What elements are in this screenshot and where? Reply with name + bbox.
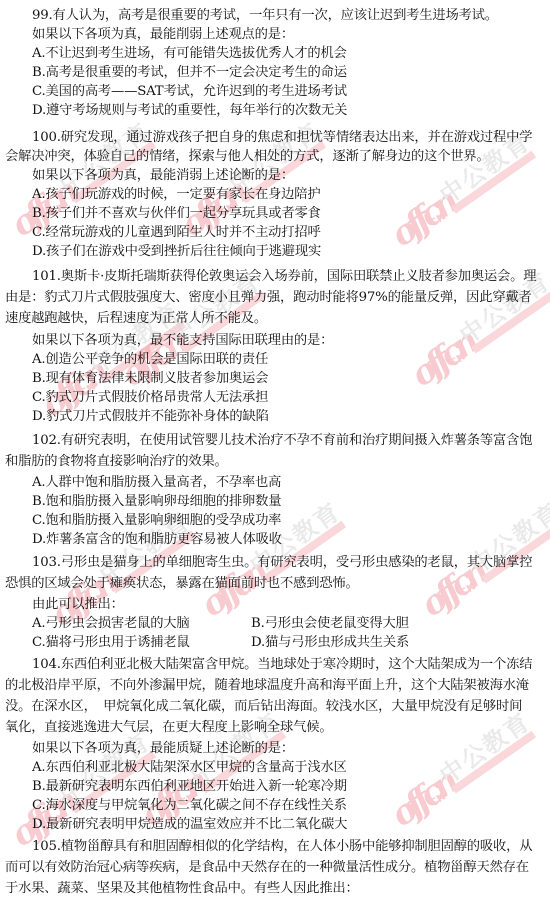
question-prompt: 如果以下各项为真，最能质疑上述论断的是： bbox=[32, 739, 547, 758]
question-stem: 105.植物甾醇具有和胆固醇相似的化学结构，在人体小肠中能够抑制胆固醇的吸收，从 bbox=[32, 837, 547, 856]
option-c: C.美国的高考——SAT考试，允许迟到的考生进场考试 bbox=[32, 82, 547, 101]
option-d: D.最新研究表明甲烷造成的温室效应并不比二氧化碳大 bbox=[32, 815, 547, 834]
options-row: C.猫将弓形虫用于诱捕老鼠 D.猫与弓形虫形成共生关系 bbox=[0, 633, 550, 652]
question-stem: 102.有研究表明，在使用试管婴儿技术治疗不孕不育前和治疗期间摄入炸薯条等富含饱 bbox=[32, 431, 547, 450]
question-stem: 速度越跑越快，后程速度为正常人所不能及。 bbox=[5, 309, 547, 328]
option-b: B.高考是很重要的考试，但并不一定会决定考生的命运 bbox=[32, 63, 547, 82]
option-a: A.人群中饱和脂肪摄入量高者，不孕率也高 bbox=[32, 473, 547, 492]
options-row: A.弓形虫会损害老鼠的大脑 B.弓形虫会使老鼠变得大胆 bbox=[0, 614, 550, 633]
option-d: D.猫与弓形虫形成共生关系 bbox=[251, 633, 409, 652]
option-d: D.豹式刀片式假肢并不能弥补身体的缺陷 bbox=[32, 407, 547, 426]
option-c: C.经常玩游戏的儿童遇到陌生人时并不主动打招呼 bbox=[32, 223, 547, 242]
question-stem: 101.奥斯卡·皮斯托瑞斯获得伦敦奥运会入场券前，国际田联禁止义肢者参加奥运会。… bbox=[32, 267, 547, 286]
option-c: C.饱和脂肪摄入量影响卵细胞的受孕成功率 bbox=[32, 511, 547, 530]
option-d: D.炸薯条富含的饱和脂肪更容易被人体吸收 bbox=[32, 530, 547, 549]
question-prompt: 如果以下各项为真，最能消弱上述论断的是： bbox=[32, 166, 547, 185]
option-b: B.现有体育法律未限制义肢者参加奥运会 bbox=[32, 369, 547, 388]
option-b: B.孩子们并不喜欢与伙伴们一起分享玩具或者零食 bbox=[32, 204, 547, 223]
question-stem: 会解决冲突，体验自己的情绪，探索与他人相处的方式，逐渐了解身边的这个世界。 bbox=[5, 147, 547, 166]
option-b: B.饱和脂肪摄入量影响卵母细胞的排卵数量 bbox=[32, 492, 547, 511]
question-stem: 恐惧的区域会处于瘫痪状态，暴露在猫面前时也不感到恐怖。 bbox=[5, 574, 547, 593]
question-stem: 氧化，直接逃逸进大气层，在更大程度上影响全球气候。 bbox=[5, 718, 547, 737]
question-stem: 于水果、蔬菜、坚果及其他植物性食品中。有些人因此推出： bbox=[5, 879, 547, 898]
question-stem: 99.有人认为，高考是很重要的考试，一年只有一次，应该让迟到考生进场考试。 bbox=[32, 6, 547, 25]
option-a: A.创造公平竞争的机会是国际田联的责任 bbox=[32, 350, 547, 369]
option-b: B.最新研究表明东西伯利亚地区开始进入新一轮寒冷期 bbox=[32, 777, 547, 796]
question-stem: 和脂肪的食物将直接影响治疗的效果。 bbox=[5, 452, 547, 471]
question-prompt: 由此可以推出： bbox=[32, 595, 547, 614]
question-stem: 的北极沿岸平原，不向外渗漏甲烷，随着地球温度升高和海平面上升，这个大陆架被海水淹 bbox=[5, 676, 547, 695]
question-stem: 由是：豹式刀片式假肢强度大、密度小且弹力强，跑动时能将97%的能量反弹，因此穿戴… bbox=[5, 288, 547, 307]
option-c: C.海水深度与甲烷氧化为二氧化碳之间不存在线性关系 bbox=[32, 796, 547, 815]
question-stem: 没。在深水区， 甲烷氧化成二氧化碳，而后钻出海面。较浅水区，大量甲烷没有足够时间 bbox=[5, 697, 547, 716]
option-a: A.东西伯利亚北极大陆架深水区甲烷的含量高于浅水区 bbox=[32, 758, 547, 777]
option-d: D.遵守考场规则与考试的重要性，每年举行的次数无关 bbox=[32, 101, 547, 120]
option-b: B.弓形虫会使老鼠变得大胆 bbox=[251, 614, 409, 633]
option-c: C.豹式刀片式假肢价格昂贵常人无法承担 bbox=[32, 388, 547, 407]
option-c: C.猫将弓形虫用于诱捕老鼠 bbox=[32, 633, 190, 652]
option-a: A.弓形虫会损害老鼠的大脑 bbox=[32, 614, 190, 633]
question-prompt: 如果以下各项为真，最能削弱上述观点的是： bbox=[32, 25, 547, 44]
option-a: A.不让迟到考生进场，有可能错失选拔优秀人才的机会 bbox=[32, 44, 547, 63]
option-a: A.孩子们玩游戏的时候，一定要有家长在身边陪护 bbox=[32, 185, 547, 204]
question-stem: 103.弓形虫是猫身上的单细胞寄生虫。有研究表明，受弓形虫感染的老鼠，其大脑掌控 bbox=[32, 553, 547, 572]
document-page: offcn CN 中公教育 offcn CN 中公教育 offcn CN 中公教… bbox=[0, 0, 550, 898]
question-prompt: 如果以下各项为真，最不能支持国际田联理由的是： bbox=[32, 331, 547, 350]
question-stem: 而可以有效防治冠心病等疾病，是食品中天然存在的一种微量活性成分。植物甾醇天然存在 bbox=[5, 858, 547, 877]
question-stem: 104.东西伯利亚北极大陆架富含甲烷。当地球处于寒冷期时，这个大陆架成为一个冻结 bbox=[32, 655, 547, 674]
question-stem: 100.研究发现，通过游戏孩子把自身的焦虑和担忧等情绪表达出来，并在游戏过程中学 bbox=[32, 128, 547, 147]
option-d: D.孩子们在游戏中受到挫折后往往倾向于逃避现实 bbox=[32, 242, 547, 261]
